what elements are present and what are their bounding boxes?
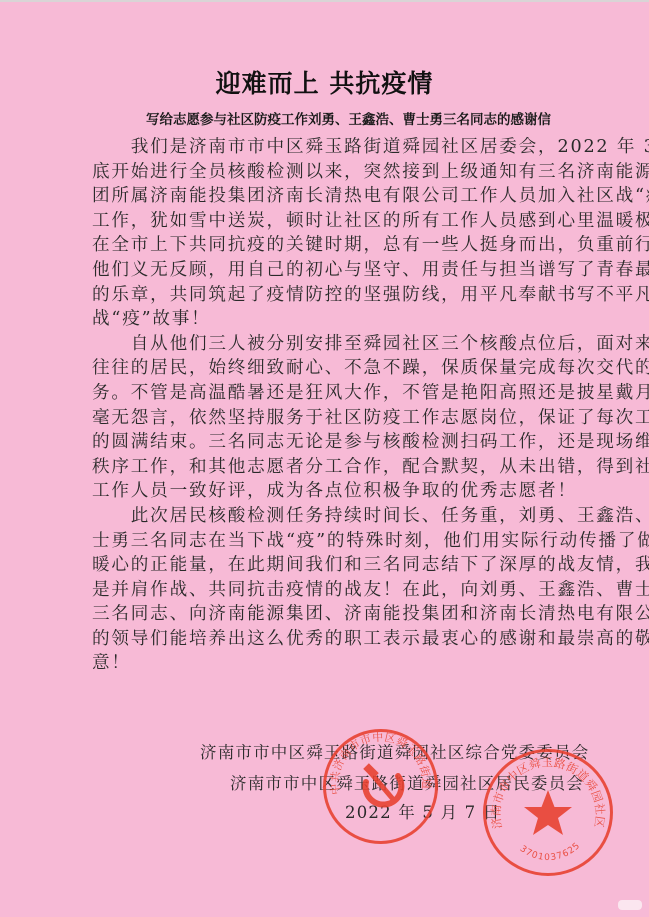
hammer-sickle-icon: 中共济南市市中区舜玉路街道舜园社区综合委员会 bbox=[326, 732, 435, 841]
body-line: 往往的居民，始终细致耐心、不急不躁，保质保量完成每次交代的任 bbox=[92, 356, 562, 381]
party-committee-seal: 中共济南市市中区舜玉路街道舜园社区综合委员会 bbox=[323, 729, 438, 844]
seal-graphics: 济南市市中区舜玉路街道舜园社区居民委员会 3701037625011 bbox=[486, 752, 610, 873]
body-line: 在全市上下共同抗疫的关键时期，总有一些人挺身而出，负重前行， bbox=[92, 233, 562, 258]
body-line: 工作人员一致好评，成为各点位积极争取的优秀志愿者！ bbox=[92, 479, 562, 504]
letter-page: 迎难而上 共抗疫情 写给志愿参与社区防疫工作刘勇、王鑫浩、曹士勇三名同志的感谢信… bbox=[0, 0, 649, 917]
star-icon bbox=[524, 790, 572, 835]
body-line: 此次居民核酸检测任务持续时间长、任务重，刘勇、王鑫浩、曹 bbox=[92, 504, 562, 529]
body-line: 自从他们三人被分别安排至舜园社区三个核酸点位后，面对来来 bbox=[92, 332, 562, 357]
body-line: 毫无怨言，依然坚持服务于社区防疫工作志愿岗位，保证了每次工作 bbox=[92, 406, 562, 431]
body-line: 战“疫”故事！ bbox=[92, 307, 562, 332]
body-line: 我们是济南市市中区舜玉路街道舜园社区居委会，2022 年 3 月 bbox=[92, 135, 562, 160]
letter-body: 我们是济南市市中区舜玉路街道舜园社区居委会，2022 年 3 月 底开始进行全员… bbox=[92, 135, 562, 676]
body-line: 工作，犹如雪中送炭，顿时让社区的所有工作人员感到心里温暖极了。 bbox=[92, 209, 562, 234]
body-line: 底开始进行全员核酸检测以来，突然接到上级通知有三名济南能源集 bbox=[92, 160, 562, 185]
letter-title: 迎难而上 共抗疫情 bbox=[0, 64, 649, 100]
body-line: 暖心的正能量，在此期间我们和三名同志结下了深厚的战友情，我们 bbox=[92, 553, 562, 578]
body-line: 士勇三名同志在当下战“疫”的特殊时刻，他们用实际行动传播了做 bbox=[92, 529, 562, 554]
body-line: 意！ bbox=[92, 651, 562, 676]
body-line: 的圆满结束。三名同志无论是参与核酸检测扫码工作，还是现场维持 bbox=[92, 430, 562, 455]
body-line: 团所属济南能投集团济南长清热电有限公司工作人员加入社区战“疫” bbox=[92, 184, 562, 209]
body-line: 秩序工作，和其他志愿者分工合作，配合默契，从未出错，得到社区 bbox=[92, 455, 562, 480]
body-line: 的领导们能培养出这么优秀的职工表示最衷心的感谢和最崇高的敬 bbox=[92, 627, 562, 652]
body-line: 他们义无反顾，用自己的初心与坚守、用责任与担当谱写了青春最美 bbox=[92, 258, 562, 283]
body-line: 的乐章，共同筑起了疫情防控的坚强防线，用平凡奉献书写不平凡的 bbox=[92, 283, 562, 308]
residents-committee-seal: 济南市市中区舜玉路街道舜园社区居民委员会 3701037625011 bbox=[483, 749, 613, 876]
scan-artifact bbox=[618, 900, 642, 910]
letter-subtitle: 写给志愿参与社区防疫工作刘勇、王鑫浩、曹士勇三名同志的感谢信 bbox=[0, 108, 649, 128]
body-line: 务。不管是高温酷暑还是狂风大作，不管是艳阳高照还是披星戴月， bbox=[92, 381, 562, 406]
body-line: 三名同志、向济南能源集团、济南能投集团和济南长清热电有限公司 bbox=[92, 602, 562, 627]
body-line: 是并肩作战、共同抗击疫情的战友！在此，向刘勇、王鑫浩、曹士勇 bbox=[92, 578, 562, 603]
